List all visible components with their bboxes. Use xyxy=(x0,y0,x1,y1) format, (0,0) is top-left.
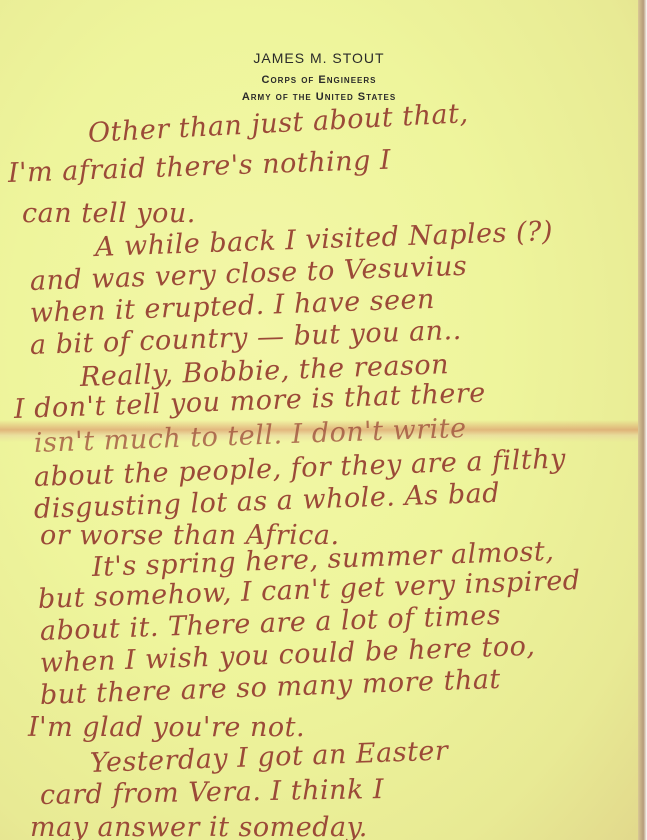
handwritten-line: I'm glad you're not. xyxy=(28,712,305,743)
letterhead-unit: Corps of Engineers xyxy=(0,72,638,89)
letterhead: JAMES M. STOUT Corps of Engineers Army o… xyxy=(0,50,638,106)
handwritten-line: can tell you. xyxy=(22,198,196,229)
letter-page: JAMES M. STOUT Corps of Engineers Army o… xyxy=(0,0,638,840)
paper-edge xyxy=(638,0,647,840)
handwritten-line: may answer it someday. xyxy=(30,812,368,840)
letterhead-branch: Army of the United States xyxy=(0,89,638,106)
letterhead-name: JAMES M. STOUT xyxy=(0,50,638,66)
handwritten-line: card from Vera. I think I xyxy=(40,774,385,811)
handwritten-line: I'm afraid there's nothing I xyxy=(7,145,391,189)
